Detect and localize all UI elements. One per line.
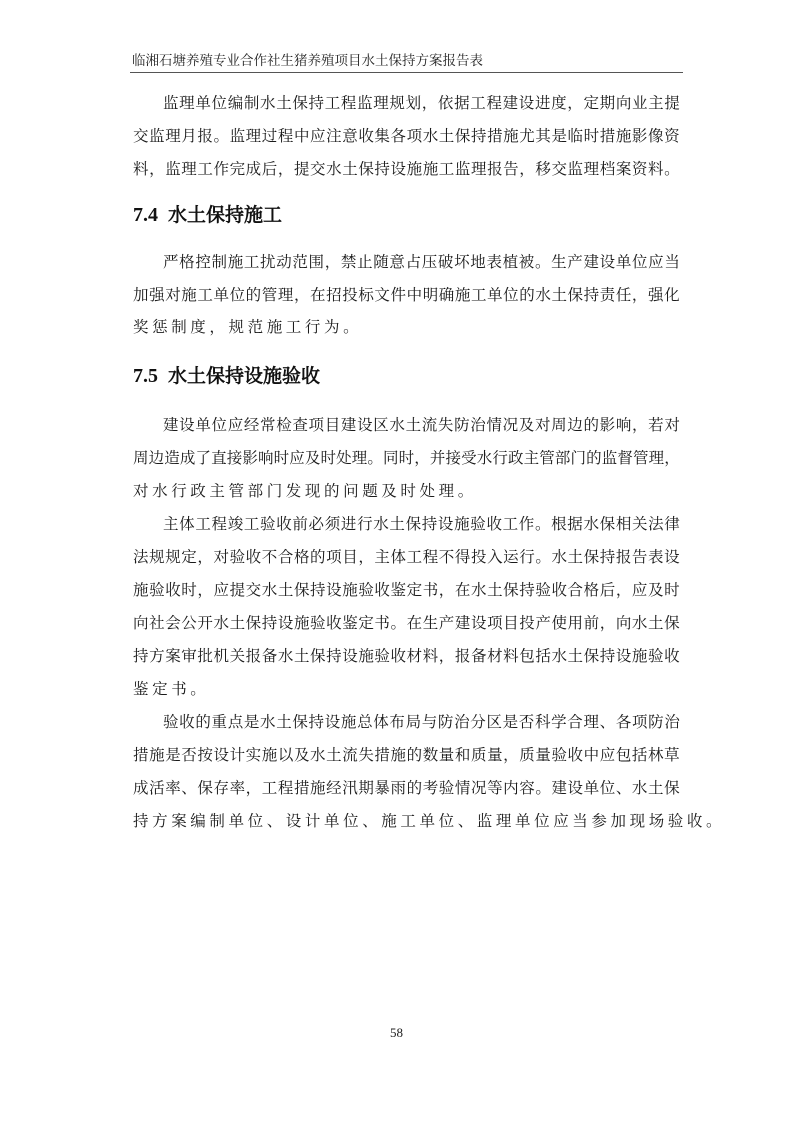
paragraph-line: 加强对施工单位的管理，在招投标文件中明确施工单位的水土保持责任，强化 <box>133 284 680 306</box>
heading-number: 7.5 <box>133 365 158 387</box>
section-heading-7-4: 7.4水土保持施工 <box>133 203 282 227</box>
document-page: 临湘石塘养殖专业合作社生猪养殖项目水土保持方案报告表 监理单位编制水土保持工程监… <box>0 0 793 1122</box>
paragraph-line: 严格控制施工扰动范围，禁止随意占压破坏地表植被。生产建设单位应当 <box>163 251 680 273</box>
paragraph-line: 持方案编制单位、设计单位、施工单位、监理单位应当参加现场验收。 <box>133 810 680 832</box>
paragraph-line: 验收的重点是水土保持设施总体布局与防治分区是否科学合理、各项防治 <box>163 711 680 733</box>
heading-title: 水土保持施工 <box>168 204 282 226</box>
paragraph-line: 周边造成了直接影响时应及时处理。同时，并接受水行政主管部门的监督管理， <box>133 447 680 469</box>
paragraph-line: 建设单位应经常检查项目建设区水土流失防治情况及对周边的影响，若对 <box>163 414 680 436</box>
heading-title: 水土保持设施验收 <box>168 365 320 387</box>
paragraph-line: 监理单位编制水土保持工程监理规划，依据工程建设进度，定期向业主提 <box>163 92 680 114</box>
paragraph-line: 料，监理工作完成后，提交水土保持设施施工监理报告，移交监理档案资料。 <box>133 158 680 180</box>
heading-number: 7.4 <box>133 204 158 226</box>
paragraph-line: 向社会公开水土保持设施验收鉴定书。在生产建设项目投产使用前，向水土保 <box>133 612 680 634</box>
paragraph-line: 法规规定，对验收不合格的项目，主体工程不得投入运行。水土保持报告表设 <box>133 546 680 568</box>
page-number: 58 <box>380 1025 413 1041</box>
paragraph-line: 奖惩制度，规范施工行为。 <box>133 316 680 338</box>
paragraph-line: 对水行政主管部门发现的问题及时处理。 <box>133 480 680 502</box>
running-header: 临湘石塘养殖专业合作社生猪养殖项目水土保持方案报告表 <box>132 53 682 69</box>
section-heading-7-5: 7.5水土保持设施验收 <box>133 364 320 388</box>
paragraph-line: 鉴定书。 <box>133 678 680 700</box>
paragraph-line: 主体工程竣工验收前必须进行水土保持设施验收工作。根据水保相关法律 <box>163 513 680 535</box>
paragraph-line: 持方案审批机关报备水土保持设施验收材料，报备材料包括水土保持设施验收 <box>133 645 680 667</box>
paragraph-line: 交监理月报。监理过程中应注意收集各项水土保持措施尤其是临时措施影像资 <box>133 125 680 147</box>
paragraph-line: 成活率、保存率，工程措施经汛期暴雨的考验情况等内容。建设单位、水土保 <box>133 777 680 799</box>
header-rule <box>130 72 683 73</box>
paragraph-line: 施验收时，应提交水土保持设施验收鉴定书，在水土保持验收合格后，应及时 <box>133 579 680 601</box>
paragraph-line: 措施是否按设计实施以及水土流失措施的数量和质量，质量验收中应包括林草 <box>133 744 680 766</box>
